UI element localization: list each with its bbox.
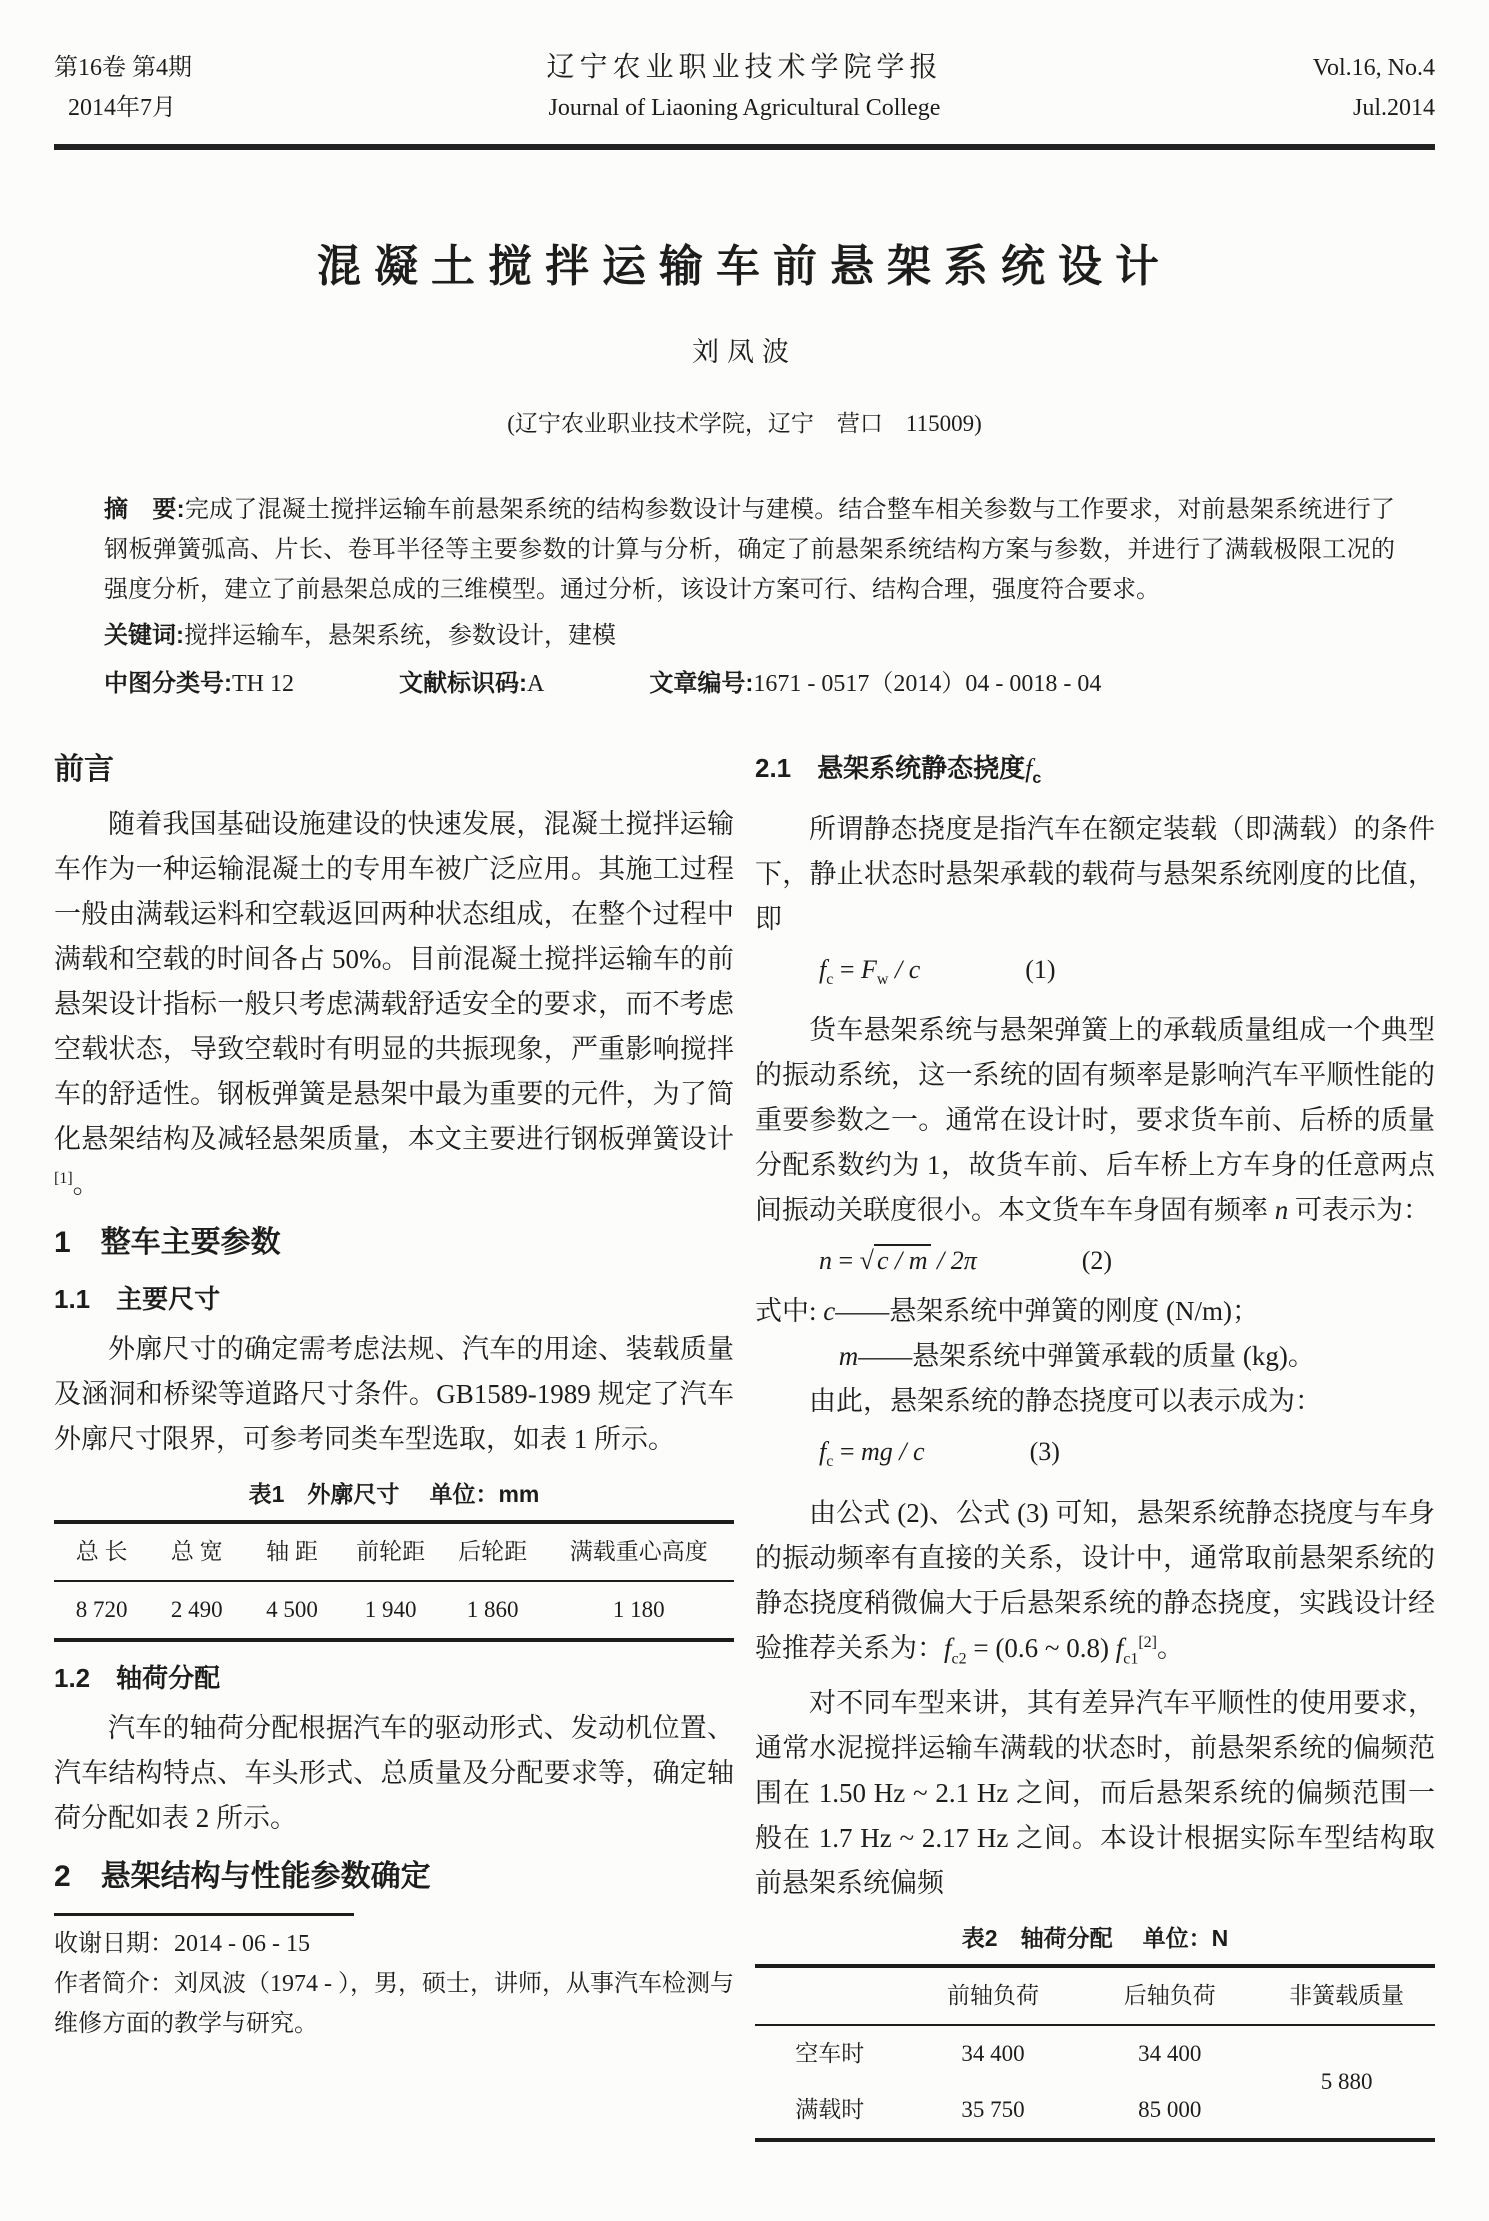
formula-3: fc = mg / c(3) <box>755 1432 1435 1482</box>
author-name: 刘凤波 <box>54 330 1435 369</box>
running-head-left: 第16卷 第4期 2014年7月 <box>54 48 399 128</box>
footnote-divider <box>54 1913 354 1916</box>
abstract-text: 完成了混凝土搅拌运输车前悬架系统的结构参数设计与建模。结合整车相关参数与工作要求… <box>104 497 1395 603</box>
intro-paragraph: 随着我国基础设施建设的快速发展，混凝土搅拌运输车作为一种运输混凝土的专用车被广泛… <box>54 802 734 1207</box>
article-title: 混凝土搅拌运输车前悬架系统设计 <box>54 230 1435 294</box>
vibration-text-tail: 可表示为： <box>1288 1195 1430 1225</box>
deflection-lead-in: 由此，悬架系统的静态挠度可以表示成为： <box>755 1379 1435 1424</box>
doccode-group: 文献标识码:A <box>399 664 544 704</box>
section-heading-1: 1 整车主要参数 <box>54 1223 734 1263</box>
formula-3-number: (3) <box>1030 1437 1060 1466</box>
formula-1-rhs-tail: / c <box>888 955 920 984</box>
formula-1-number: (1) <box>1025 955 1055 984</box>
classification-line: 中图分类号:TH 12 文献标识码:A 文章编号:1671 - 0517（201… <box>104 664 1395 704</box>
static-deflection-paragraph: 所谓静态挠度是指汽车在额定装载（即满载）的条件下，静止状态时悬架承载的载荷与悬架… <box>755 807 1435 942</box>
section-heading-1-2: 1.2 轴荷分配 <box>54 1660 734 1696</box>
footnote-bio: 作者简介：刘凤波（1974 - ），男，硕士，讲师，从事汽车检测与维修方面的教学… <box>54 1964 734 2044</box>
doccode-label: 文献标识码: <box>399 670 527 697</box>
clc-label: 中图分类号: <box>104 670 232 697</box>
formula-3-rhs: mg / c <box>861 1437 925 1466</box>
where-clause-m: m——悬架系统中弹簧承载的质量 (kg)。 <box>755 1334 1435 1379</box>
volume-issue-cn: 第16卷 第4期 <box>54 48 399 88</box>
table1-cell: 2 490 <box>149 1581 244 1640</box>
articleid-label: 文章编号: <box>649 670 753 697</box>
table1-header-cell: 总 长 <box>54 1522 149 1581</box>
journal-page: 第16卷 第4期 2014年7月 辽宁农业职业技术学院学报 Journal of… <box>0 0 1489 2221</box>
running-head-right: Vol.16, No.4 Jul.2014 <box>1090 48 1435 128</box>
table1-header-row: 总 长 总 宽 轴 距 前轮距 后轮距 满载重心高度 <box>54 1522 734 1581</box>
journal-title-cn: 辽宁农业职业技术学院学报 <box>399 48 1090 88</box>
table2-header-cell: 非簧载质量 <box>1258 1966 1435 2025</box>
reference-mark-1: [1] <box>54 1170 73 1187</box>
issue-date-cn: 2014年7月 <box>54 88 399 128</box>
relation-tail: 。 <box>1157 1633 1184 1663</box>
keywords-text: 搅拌运输车，悬架系统，参数设计，建模 <box>184 623 616 649</box>
running-head-center: 辽宁农业职业技术学院学报 Journal of Liaoning Agricul… <box>399 48 1090 128</box>
table1-cell: 1 940 <box>340 1581 442 1640</box>
section-2-1-label: 2.1 悬架系统静态挠度 <box>755 753 1025 783</box>
table1-header-cell: 满载重心高度 <box>544 1522 734 1581</box>
table2-header-cell: 后轴负荷 <box>1081 1966 1258 2025</box>
header-double-rule <box>54 144 1435 150</box>
intro-tail: 。 <box>73 1169 100 1199</box>
formula-1-equals: = <box>833 955 861 984</box>
formula-2-radicand: c / m <box>874 1244 931 1275</box>
vibration-system-paragraph: 货车悬架系统与悬架弹簧上的承载质量组成一个典型的振动系统，这一系统的固有频率是影… <box>755 1008 1435 1233</box>
issue-date-en: Jul.2014 <box>1090 88 1435 128</box>
volume-issue-en: Vol.16, No.4 <box>1090 48 1435 88</box>
where-c-definition: ——悬架系统中弹簧的刚度 (N/m)； <box>835 1296 1259 1326</box>
section-heading-1-1: 1.1 主要尺寸 <box>54 1281 734 1317</box>
table1-header-cell: 后轮距 <box>442 1522 544 1581</box>
symbol-fc2-sub: c2 <box>952 1650 967 1667</box>
vibration-text: 货车悬架系统与悬架弹簧上的承载质量组成一个典型的振动系统，这一系统的固有频率是影… <box>755 1015 1435 1225</box>
formula-1-rhs: F <box>861 955 877 984</box>
table2-unsprung-mass-cell: 5 880 <box>1258 2025 1435 2140</box>
table1-caption: 表1 外廓尺寸 单位：mm <box>54 1478 734 1510</box>
where-m-definition: ——悬架系统中弹簧承载的质量 (kg)。 <box>858 1341 1315 1371</box>
table1-header-cell: 前轮距 <box>340 1522 442 1581</box>
table1-caption-label: 表1 外廓尺寸 <box>249 1478 400 1510</box>
table2-row-label: 满载时 <box>755 2082 905 2140</box>
bio-label: 作者简介： <box>54 1971 174 1997</box>
sqrt-radical-sign: √ <box>860 1246 874 1275</box>
dimensions-paragraph: 外廓尺寸的确定需考虑法规、汽车的用途、装载质量及涵洞和桥梁等道路尺寸条件。GB1… <box>54 1327 734 1462</box>
table2-cell: 34 400 <box>1081 2025 1258 2082</box>
received-value: 2014 - 06 - 15 <box>174 1931 310 1957</box>
section-heading-2-1: 2.1 悬架系统静态挠度fc <box>755 750 1435 797</box>
intro-text: 随着我国基础设施建设的快速发展，混凝土搅拌运输车作为一种运输混凝土的专用车被广泛… <box>54 809 734 1154</box>
where-clause-c: 式中: c——悬架系统中弹簧的刚度 (N/m)； <box>755 1289 1435 1334</box>
doccode-value: A <box>527 671 544 697</box>
table2-header-cell: 前轴负荷 <box>905 1966 1082 2025</box>
table2-header-cell <box>755 1966 905 2025</box>
table2-caption: 表2 轴荷分配 单位：N <box>755 1922 1435 1954</box>
design-relation-paragraph: 由公式 (2)、公式 (3) 可知，悬架系统静态挠度与车身的振动频率有直接的关系… <box>755 1491 1435 1681</box>
running-head: 第16卷 第4期 2014年7月 辽宁农业职业技术学院学报 Journal of… <box>54 0 1435 128</box>
clc-value: TH 12 <box>232 671 294 697</box>
author-affiliation: (辽宁农业职业技术学院，辽宁 营口 115009) <box>54 405 1435 438</box>
right-column: 2.1 悬架系统静态挠度fc 所谓静态挠度是指汽车在额定装载（即满载）的条件下，… <box>755 748 1435 2142</box>
reference-mark-2: [2] <box>1138 1634 1157 1651</box>
table2-header-row: 前轴负荷 后轴负荷 非簧载质量 <box>755 1966 1435 2025</box>
symbol-m: m <box>839 1341 859 1371</box>
article-meta: 摘 要:完成了混凝土搅拌运输车前悬架系统的结构参数设计与建模。结合整车相关参数与… <box>104 490 1395 704</box>
table2-row-empty: 空车时 34 400 34 400 5 880 <box>755 2025 1435 2082</box>
table2-cell: 34 400 <box>905 2025 1082 2082</box>
formula-2-equals: = <box>832 1246 860 1275</box>
symbol-c: c <box>823 1296 835 1326</box>
abstract: 摘 要:完成了混凝土搅拌运输车前悬架系统的结构参数设计与建模。结合整车相关参数与… <box>104 490 1395 610</box>
frequency-symbol-n: n <box>1275 1195 1289 1225</box>
two-column-body: 前言 随着我国基础设施建设的快速发展，混凝土搅拌运输车作为一种运输混凝土的专用车… <box>54 748 1435 2142</box>
clc-group: 中图分类号:TH 12 <box>104 664 294 704</box>
table1-caption-unit: 单位：mm <box>429 1478 539 1510</box>
symbol-fc2: f <box>944 1633 952 1663</box>
formula-3-equals: = <box>833 1437 861 1466</box>
table2-caption-unit: 单位：N <box>1143 1922 1229 1954</box>
keywords-label: 关键词: <box>104 622 184 649</box>
footnote-received: 收谢日期：2014 - 06 - 15 <box>54 1924 734 1964</box>
table1-cell: 1 180 <box>544 1581 734 1640</box>
received-label: 收谢日期： <box>54 1931 174 1957</box>
table1-cell: 8 720 <box>54 1581 149 1640</box>
table1-data-row: 8 720 2 490 4 500 1 940 1 860 1 180 <box>54 1581 734 1640</box>
formula-2-tail: / 2π <box>931 1246 977 1275</box>
axle-load-paragraph: 汽车的轴荷分配根据汽车的驱动形式、发动机位置、汽车结构特点、车头形式、总质量及分… <box>54 1706 734 1841</box>
table2-caption-label: 表2 轴荷分配 <box>962 1922 1113 1954</box>
static-deflection-subscript: c <box>1032 770 1041 787</box>
articleid-value: 1671 - 0517（2014）04 - 0018 - 04 <box>753 671 1101 697</box>
frequency-range-paragraph: 对不同车型来讲，其有差异汽车平顺性的使用要求，通常水泥搅拌运输车满载的状态时，前… <box>755 1681 1435 1906</box>
formula-1: fc = Fw / c(1) <box>755 950 1435 1000</box>
formula-2: n = √c / m / 2π(2) <box>755 1241 1435 1281</box>
formula-2-number: (2) <box>1082 1246 1112 1275</box>
table2-cell: 35 750 <box>905 2082 1082 2140</box>
table2-row-label: 空车时 <box>755 2025 905 2082</box>
footnote-block: 收谢日期：2014 - 06 - 15 作者简介：刘凤波（1974 - ），男，… <box>54 1913 734 2044</box>
symbol-fc1-sub: c1 <box>1123 1650 1138 1667</box>
table2-axle-load: 前轴负荷 后轴负荷 非簧载质量 空车时 34 400 34 400 5 880 … <box>755 1964 1435 2142</box>
section-heading-2: 2 悬架结构与性能参数确定 <box>54 1857 734 1897</box>
formula-1-rhs-sub: w <box>877 971 889 988</box>
relation-range: = (0.6 ~ 0.8) <box>967 1633 1116 1663</box>
keywords: 关键词:搅拌运输车，悬架系统，参数设计，建模 <box>104 616 1395 656</box>
where-label: 式中: <box>755 1296 823 1326</box>
table1-cell: 4 500 <box>244 1581 339 1640</box>
articleid-group: 文章编号:1671 - 0517（2014）04 - 0018 - 04 <box>649 664 1101 704</box>
table1-cell: 1 860 <box>442 1581 544 1640</box>
section-heading-intro: 前言 <box>54 750 734 790</box>
formula-2-lhs: n <box>819 1246 832 1275</box>
left-column: 前言 随着我国基础设施建设的快速发展，混凝土搅拌运输车作为一种运输混凝土的专用车… <box>54 748 734 2142</box>
abstract-label: 摘 要: <box>104 496 185 523</box>
table1-header-cell: 轴 距 <box>244 1522 339 1581</box>
table2-cell: 85 000 <box>1081 2082 1258 2140</box>
table1-header-cell: 总 宽 <box>149 1522 244 1581</box>
journal-title-en: Journal of Liaoning Agricultural College <box>399 88 1090 128</box>
table1-outline-dimensions: 总 长 总 宽 轴 距 前轮距 后轮距 满载重心高度 8 720 2 490 4… <box>54 1520 734 1642</box>
